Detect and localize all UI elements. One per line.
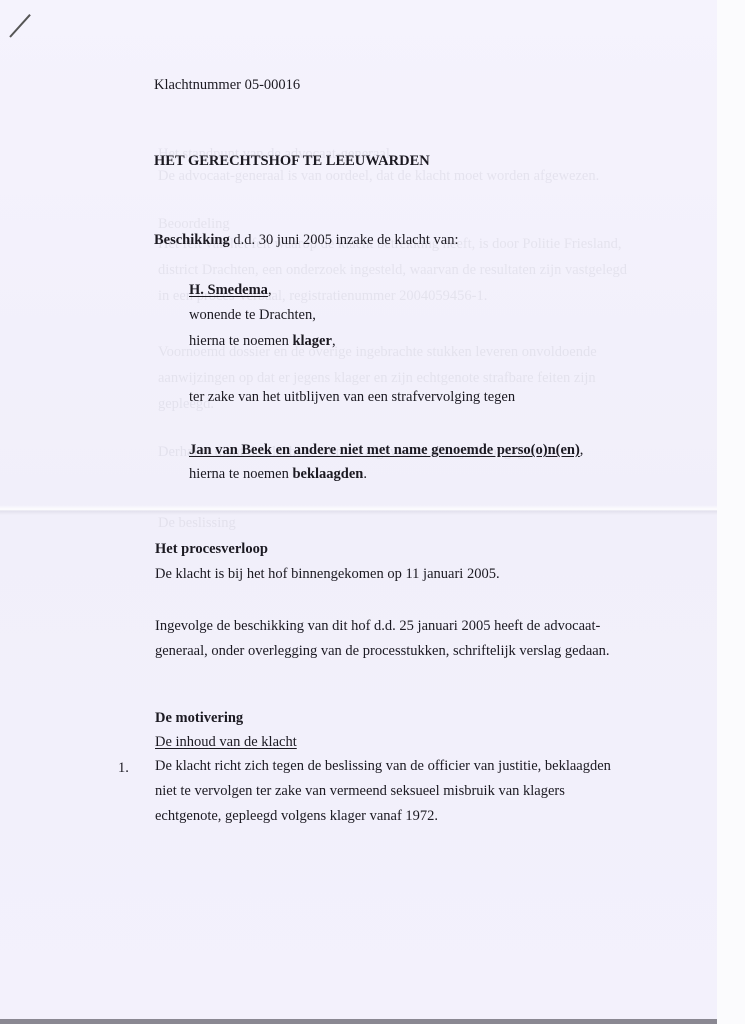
motivation-subheading: De inhoud van de klacht <box>155 735 297 750</box>
bleed-text: De advocaat-generaal is van oordeel, dat… <box>158 168 599 185</box>
complainant-designation-line: hierna te noemen klager, <box>189 334 336 349</box>
item-line: De klacht richt zich tegen de beslissing… <box>155 759 611 774</box>
procedure-paragraph-line: Ingevolge de beschikking van dit hof d.d… <box>155 619 600 634</box>
defendants-designation-line: hierna te noemen beklaagden. <box>189 467 367 482</box>
designation-prefix: hierna te noemen <box>189 466 292 482</box>
punctuation: , <box>580 442 584 458</box>
motivation-heading: De motivering <box>155 711 243 726</box>
bleed-text: De beslissing <box>158 515 236 532</box>
court-title: HET GERECHTSHOF TE LEEUWARDEN <box>154 154 430 169</box>
punctuation: . <box>363 466 367 482</box>
defendants-line: Jan van Beek en andere niet met name gen… <box>189 443 583 458</box>
defendants-names: Jan van Beek en andere niet met name gen… <box>189 442 580 458</box>
complainant-residence: wonende te Drachten, <box>189 308 316 323</box>
bleed-text: Beoordeling <box>158 216 230 233</box>
item-line: niet te vervolgen ter zake van vermeend … <box>155 784 565 799</box>
decision-label: Beschikking <box>154 232 230 248</box>
item-line: echtgenote, gepleegd volgens klager vana… <box>155 809 438 824</box>
bleed-text: district Drachten, een onderzoek ingeste… <box>158 262 627 279</box>
case-number: Klachtnummer 05-00016 <box>154 78 300 93</box>
scan-edge-right <box>717 0 745 1024</box>
defendants-designation: beklaagden <box>292 466 363 482</box>
scan-edge-bottom <box>0 1019 717 1024</box>
punctuation: , <box>268 282 272 298</box>
paper-fold <box>0 505 717 515</box>
complainant-name-line: H. Smedema, <box>189 283 272 298</box>
procedure-line: De klacht is bij het hof binnengekomen o… <box>155 567 500 582</box>
punctuation: , <box>332 333 336 349</box>
designation-prefix: hierna te noemen <box>189 333 292 349</box>
decision-line: Beschikking d.d. 30 juni 2005 inzake de … <box>154 233 458 248</box>
item-number: 1. <box>118 761 129 776</box>
complainant-designation: klager <box>292 333 331 349</box>
subject-line: ter zake van het uitblijven van een stra… <box>189 390 515 405</box>
decision-text: d.d. 30 juni 2005 inzake de klacht van: <box>230 232 459 248</box>
bleed-text: aanwijzingen op dat er jegens klager en … <box>158 370 596 387</box>
procedure-heading: Het procesverloop <box>155 542 268 557</box>
procedure-paragraph-line: generaal, onder overlegging van de proce… <box>155 644 610 659</box>
complainant-name: H. Smedema <box>189 282 268 298</box>
